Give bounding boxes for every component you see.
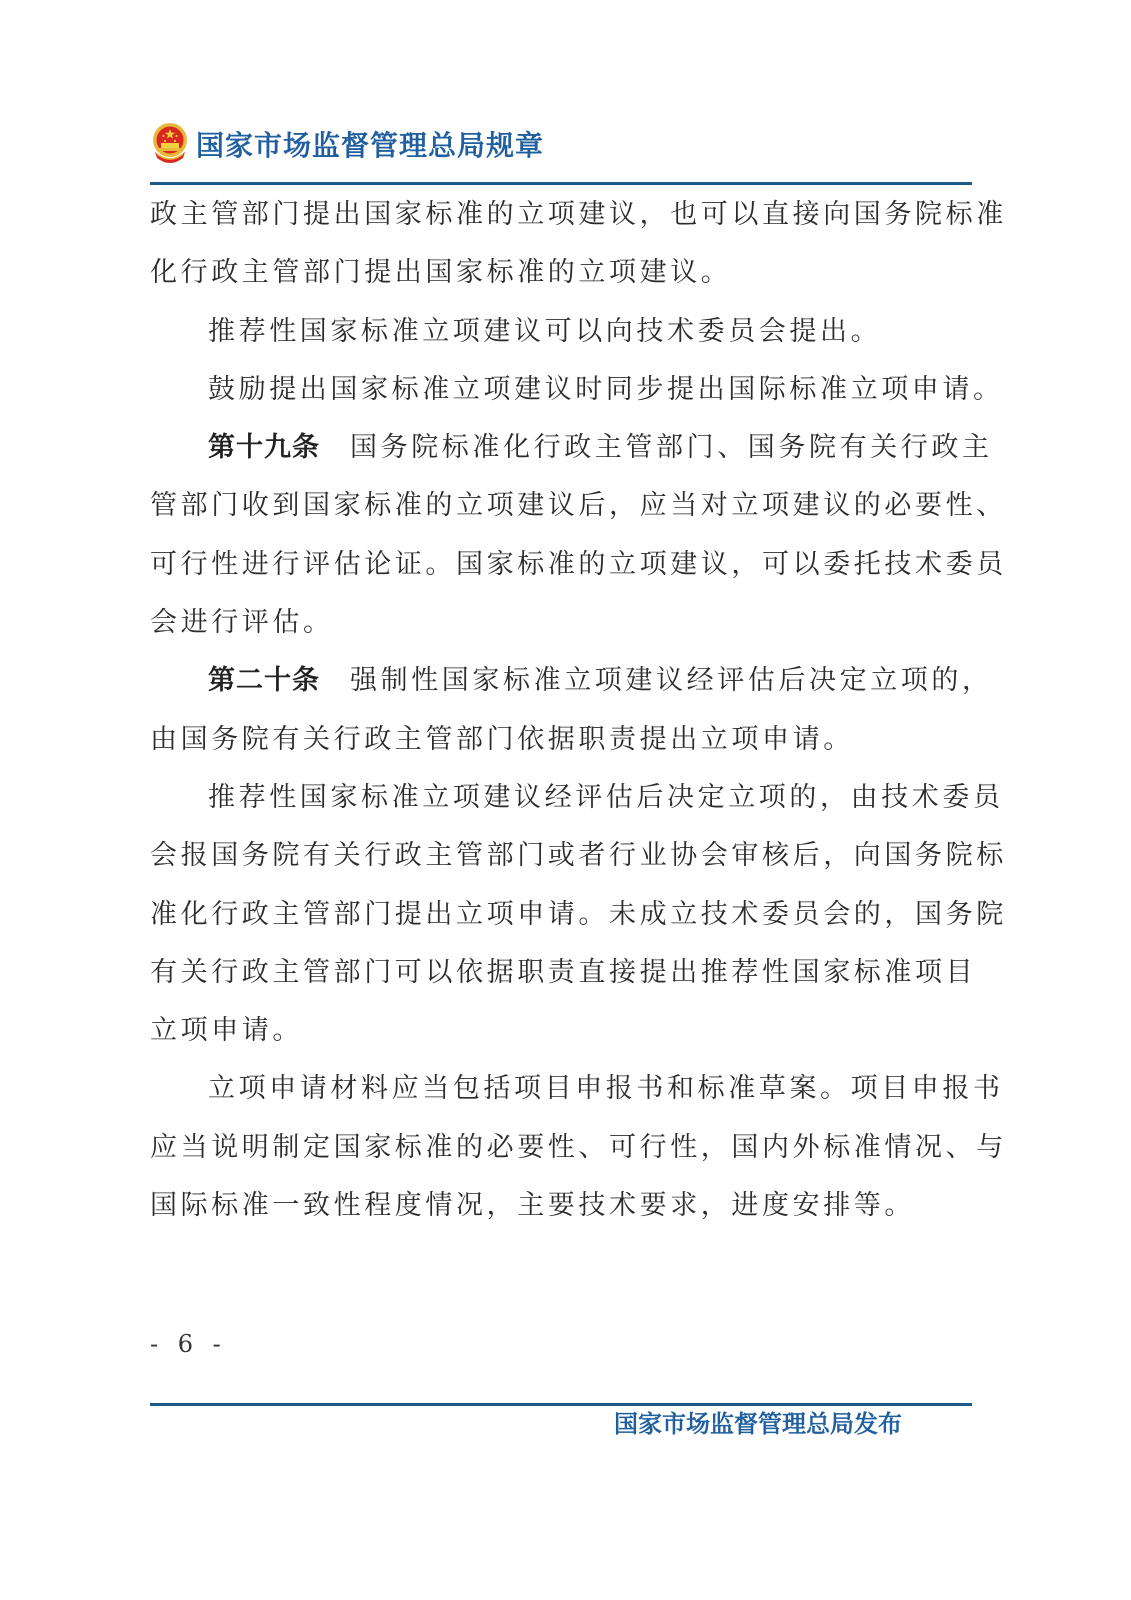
- header-divider: [150, 182, 972, 185]
- body-line: 立项申请材料应当包括项目申报书和标准草案。项目申报书: [150, 1060, 980, 1118]
- line-text: 国务院标准化行政主管部门、国务院有关行政主: [350, 432, 993, 463]
- line-text: 管部门收到国家标准的立项建议后，应当对立项建议的必要性、: [150, 490, 1007, 521]
- line-text: 立项申请材料应当包括项目申报书和标准草案。项目申报书: [208, 1073, 1004, 1104]
- body-line: 由国务院有关行政主管部门依据职责提出立项申请。: [150, 711, 980, 769]
- article-number: 第十九条: [208, 432, 320, 463]
- footer-publisher: 国家市场监督管理总局发布: [614, 1404, 902, 1444]
- line-text: 会报国务院有关行政主管部门或者行业协会审核后，向国务院标: [150, 840, 1007, 871]
- line-text: 可行性进行评估论证。国家标准的立项建议，可以委托技术委员: [150, 549, 1007, 580]
- page-number: - 6 -: [150, 1330, 227, 1358]
- body-line: 管部门收到国家标准的立项建议后，应当对立项建议的必要性、: [150, 477, 980, 535]
- body-line: 有关行政主管部门可以依据职责直接提出推荐性国家标准项目: [150, 944, 980, 1002]
- line-text: 应当说明制定国家标准的必要性、可行性，国内外标准情况、与: [150, 1132, 1007, 1163]
- line-text: 推荐性国家标准立项建议经评估后决定立项的，由技术委员: [208, 782, 1004, 813]
- body-line: 准化行政主管部门提出立项申请。未成立技术委员会的，国务院: [150, 886, 980, 944]
- body-line: 政主管部门提出国家标准的立项建议，也可以直接向国务院标准: [150, 186, 980, 244]
- line-text: 有关行政主管部门可以依据职责直接提出推荐性国家标准项目: [150, 957, 976, 988]
- article-20-heading-line: 第二十条强制性国家标准立项建议经评估后决定立项的，: [150, 652, 980, 710]
- body-line: 会报国务院有关行政主管部门或者行业协会审核后，向国务院标: [150, 827, 980, 885]
- body-line: 国际标准一致性程度情况，主要技术要求，进度安排等。: [150, 1177, 980, 1235]
- line-text: 准化行政主管部门提出立项申请。未成立技术委员会的，国务院: [150, 899, 1007, 930]
- document-body: 政主管部门提出国家标准的立项建议，也可以直接向国务院标准 化行政主管部门提出国家…: [150, 186, 980, 1235]
- line-text: 政主管部门提出国家标准的立项建议，也可以直接向国务院标准: [150, 199, 1007, 230]
- line-text: 立项申请。: [150, 1015, 303, 1046]
- article-number: 第二十条: [208, 665, 320, 696]
- body-line: 应当说明制定国家标准的必要性、可行性，国内外标准情况、与: [150, 1119, 980, 1177]
- line-text: 推荐性国家标准立项建议可以向技术委员会提出。: [208, 316, 881, 347]
- body-line: 推荐性国家标准立项建议经评估后决定立项的，由技术委员: [150, 769, 980, 827]
- document-header: 国家市场监督管理总局规章: [150, 118, 544, 170]
- body-line: 立项申请。: [150, 1002, 980, 1060]
- line-text: 由国务院有关行政主管部门依据职责提出立项申请。: [150, 724, 854, 755]
- line-text: 鼓励提出国家标准立项建议时同步提出国际标准立项申请。: [208, 374, 1004, 405]
- line-text: 强制性国家标准立项建议经评估后决定立项的，: [350, 665, 993, 696]
- article-19-heading-line: 第十九条国务院标准化行政主管部门、国务院有关行政主: [150, 419, 980, 477]
- line-text: 会进行评估。: [150, 607, 334, 638]
- body-line: 鼓励提出国家标准立项建议时同步提出国际标准立项申请。: [150, 361, 980, 419]
- header-title: 国家市场监督管理总局规章: [196, 124, 544, 164]
- body-line: 会进行评估。: [150, 594, 980, 652]
- body-line: 可行性进行评估论证。国家标准的立项建议，可以委托技术委员: [150, 536, 980, 594]
- body-line: 化行政主管部门提出国家标准的立项建议。: [150, 244, 980, 302]
- line-text: 国际标准一致性程度情况，主要技术要求，进度安排等。: [150, 1190, 915, 1221]
- national-emblem-icon: [150, 122, 190, 166]
- line-text: 化行政主管部门提出国家标准的立项建议。: [150, 257, 731, 288]
- body-line: 推荐性国家标准立项建议可以向技术委员会提出。: [150, 303, 980, 361]
